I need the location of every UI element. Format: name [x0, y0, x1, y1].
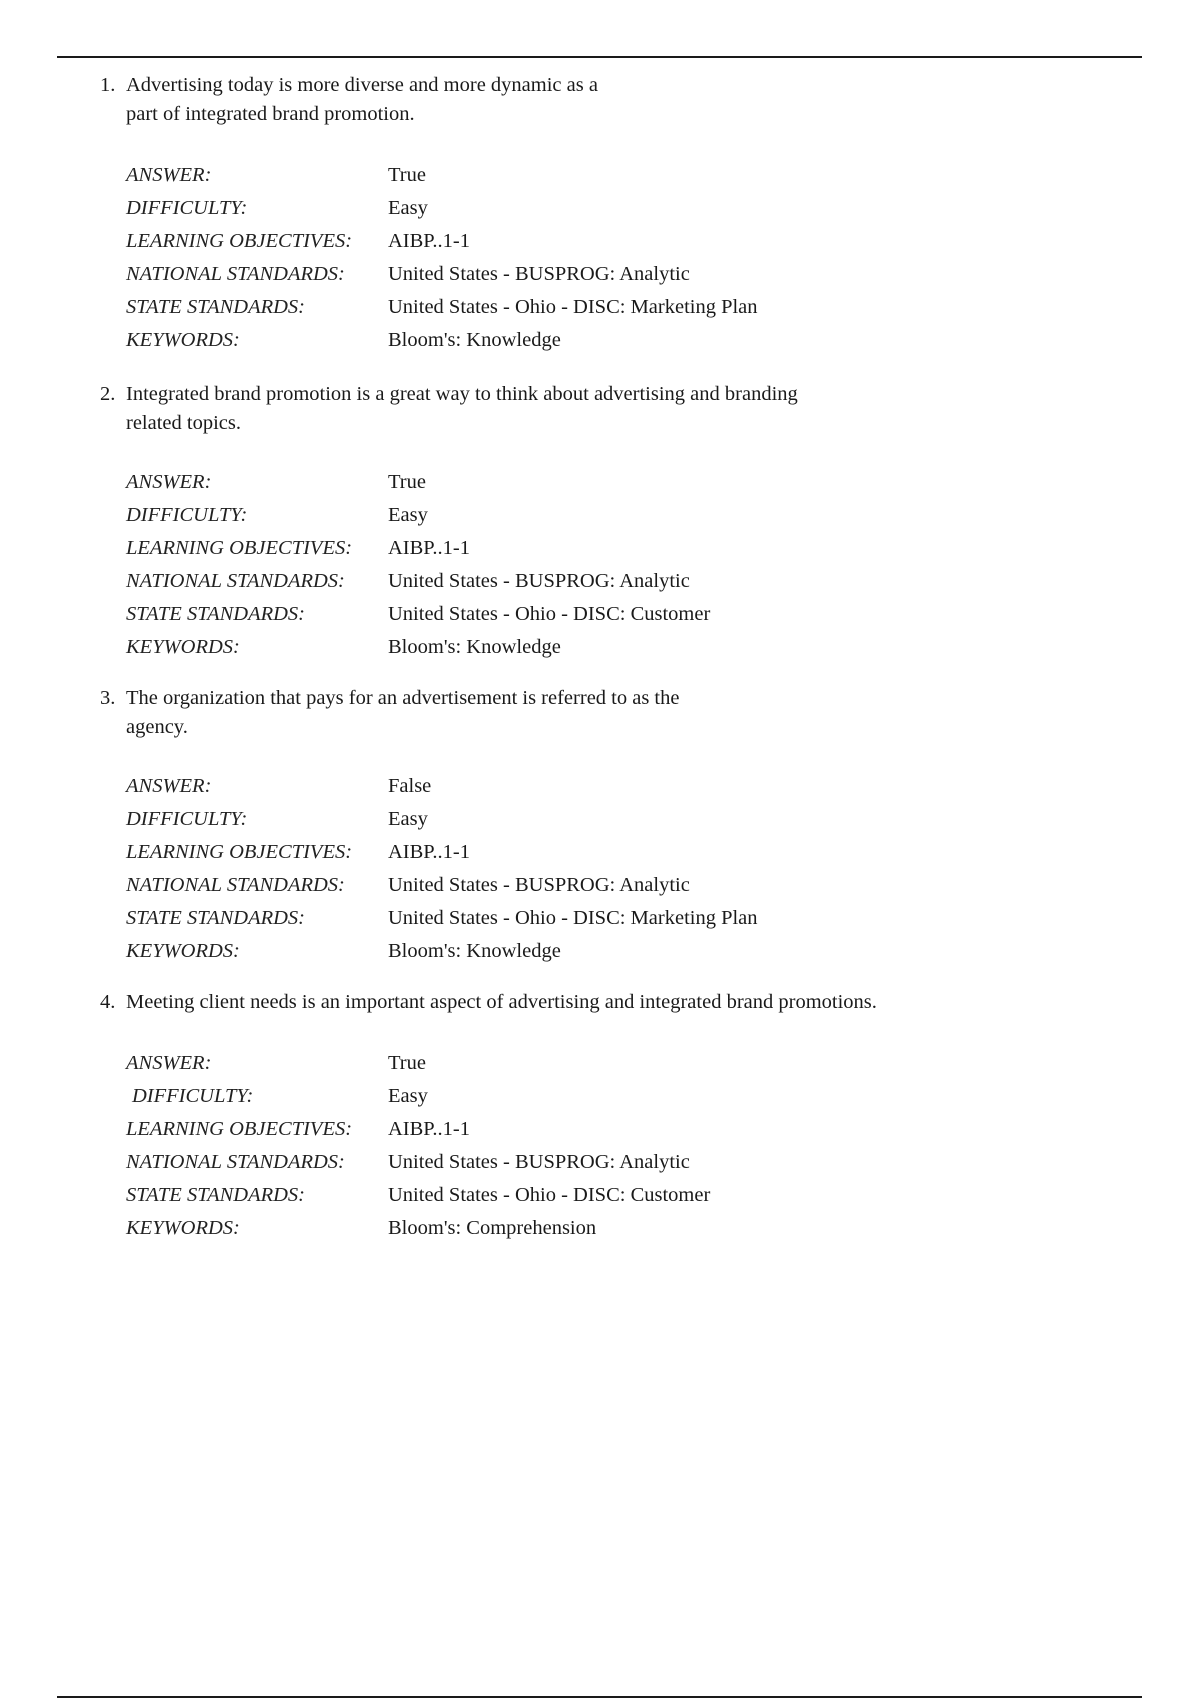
- meta-row-state-standards: STATE STANDARDS:United States - Ohio - D…: [126, 1179, 1100, 1212]
- meta-label: STATE STANDARDS:: [126, 1179, 388, 1212]
- meta-row-learning-objectives: LEARNING OBJECTIVES:AIBP..1-1: [126, 532, 1100, 565]
- meta-row-national-standards: NATIONAL STANDARDS:United States - BUSPR…: [126, 869, 1100, 902]
- meta-value: Bloom's: Knowledge: [388, 935, 1100, 968]
- meta-value: Bloom's: Knowledge: [388, 324, 1100, 357]
- question-text-line: related topics.: [126, 409, 1100, 438]
- meta-label: STATE STANDARDS:: [126, 598, 388, 631]
- meta-label: KEYWORDS:: [126, 935, 388, 968]
- meta-row-difficulty: DIFFICULTY:Easy: [126, 803, 1100, 836]
- meta-value: United States - BUSPROG: Analytic: [388, 565, 1100, 598]
- meta-label: NATIONAL STANDARDS:: [126, 1146, 388, 1179]
- meta-value: United States - BUSPROG: Analytic: [388, 869, 1100, 902]
- question-stem: 3. The organization that pays for an adv…: [100, 684, 1100, 742]
- footer-rule: [57, 1696, 1142, 1698]
- question-number: 1.: [100, 71, 126, 129]
- meta-label: ANSWER:: [126, 770, 388, 803]
- meta-value: United States - BUSPROG: Analytic: [388, 258, 1100, 291]
- question-metadata: ANSWER:True DIFFICULTY:Easy LEARNING OBJ…: [126, 1047, 1100, 1245]
- meta-label: NATIONAL STANDARDS:: [126, 258, 388, 291]
- meta-value: United States - Ohio - DISC: Customer: [388, 1179, 1100, 1212]
- question-number: 3.: [100, 684, 126, 742]
- meta-label: KEYWORDS:: [126, 631, 388, 664]
- question-stem: 1. Advertising today is more diverse and…: [100, 71, 1100, 129]
- meta-row-national-standards: NATIONAL STANDARDS:United States - BUSPR…: [126, 258, 1100, 291]
- meta-row-keywords: KEYWORDS:Bloom's: Knowledge: [126, 631, 1100, 664]
- question-metadata: ANSWER:False DIFFICULTY:Easy LEARNING OB…: [126, 770, 1100, 968]
- question-4: 4. Meeting client needs is an important …: [100, 988, 1100, 1245]
- question-number: 2.: [100, 380, 126, 438]
- question-metadata: ANSWER:True DIFFICULTY:Easy LEARNING OBJ…: [126, 466, 1100, 664]
- question-stem: 4. Meeting client needs is an important …: [100, 988, 1100, 1017]
- meta-row-state-standards: STATE STANDARDS:United States - Ohio - D…: [126, 291, 1100, 324]
- meta-label: ANSWER:: [126, 1047, 388, 1080]
- question-3: 3. The organization that pays for an adv…: [100, 684, 1100, 968]
- meta-label: STATE STANDARDS:: [126, 902, 388, 935]
- meta-row-state-standards: STATE STANDARDS:United States - Ohio - D…: [126, 902, 1100, 935]
- meta-label: LEARNING OBJECTIVES:: [126, 836, 388, 869]
- meta-row-difficulty: DIFFICULTY:Easy: [126, 499, 1100, 532]
- meta-value: Easy: [388, 1080, 1100, 1113]
- meta-value: United States - Ohio - DISC: Marketing P…: [388, 902, 1100, 935]
- question-2: 2. Integrated brand promotion is a great…: [100, 380, 1100, 664]
- meta-value: True: [388, 1047, 1100, 1080]
- meta-value: United States - Ohio - DISC: Customer: [388, 598, 1100, 631]
- meta-row-keywords: KEYWORDS:Bloom's: Knowledge: [126, 324, 1100, 357]
- header-rule: [57, 56, 1142, 58]
- question-text-line: agency.: [126, 713, 1100, 742]
- meta-label: DIFFICULTY:: [126, 192, 388, 225]
- meta-value: Easy: [388, 499, 1100, 532]
- meta-row-answer: ANSWER:True: [126, 159, 1100, 192]
- question-text-line: The organization that pays for an advert…: [126, 684, 1100, 713]
- meta-value: AIBP..1-1: [388, 1113, 1100, 1146]
- question-text-line: Meeting client needs is an important asp…: [126, 988, 1100, 1017]
- meta-label: DIFFICULTY:: [126, 499, 388, 532]
- meta-value: United States - BUSPROG: Analytic: [388, 1146, 1100, 1179]
- meta-label: STATE STANDARDS:: [126, 291, 388, 324]
- meta-value: True: [388, 466, 1100, 499]
- meta-value: AIBP..1-1: [388, 225, 1100, 258]
- meta-value: Easy: [388, 192, 1100, 225]
- meta-label: NATIONAL STANDARDS:: [126, 565, 388, 598]
- meta-row-national-standards: NATIONAL STANDARDS:United States - BUSPR…: [126, 1146, 1100, 1179]
- meta-value: Bloom's: Knowledge: [388, 631, 1100, 664]
- meta-value: False: [388, 770, 1100, 803]
- meta-label: DIFFICULTY:: [126, 803, 388, 836]
- meta-row-answer: ANSWER:True: [126, 1047, 1100, 1080]
- question-1: 1. Advertising today is more diverse and…: [100, 71, 1100, 357]
- question-text-line: Integrated brand promotion is a great wa…: [126, 380, 1100, 409]
- meta-row-keywords: KEYWORDS:Bloom's: Comprehension: [126, 1212, 1100, 1245]
- meta-row-state-standards: STATE STANDARDS:United States - Ohio - D…: [126, 598, 1100, 631]
- meta-row-learning-objectives: LEARNING OBJECTIVES:AIBP..1-1: [126, 1113, 1100, 1146]
- question-metadata: ANSWER:True DIFFICULTY:Easy LEARNING OBJ…: [126, 159, 1100, 357]
- meta-value: True: [388, 159, 1100, 192]
- meta-label: LEARNING OBJECTIVES:: [126, 1113, 388, 1146]
- question-number: 4.: [100, 988, 126, 1017]
- meta-value: United States - Ohio - DISC: Marketing P…: [388, 291, 1100, 324]
- meta-value: Easy: [388, 803, 1100, 836]
- question-text-line: Advertising today is more diverse and mo…: [126, 71, 1100, 100]
- question-text-line: part of integrated brand promotion.: [126, 100, 1100, 129]
- meta-row-national-standards: NATIONAL STANDARDS:United States - BUSPR…: [126, 565, 1100, 598]
- meta-value: AIBP..1-1: [388, 532, 1100, 565]
- meta-row-answer: ANSWER:True: [126, 466, 1100, 499]
- meta-row-learning-objectives: LEARNING OBJECTIVES:AIBP..1-1: [126, 836, 1100, 869]
- meta-label: DIFFICULTY:: [126, 1080, 388, 1113]
- meta-label: LEARNING OBJECTIVES:: [126, 532, 388, 565]
- meta-label: LEARNING OBJECTIVES:: [126, 225, 388, 258]
- meta-value: Bloom's: Comprehension: [388, 1212, 1100, 1245]
- question-stem: 2. Integrated brand promotion is a great…: [100, 380, 1100, 438]
- meta-row-answer: ANSWER:False: [126, 770, 1100, 803]
- meta-value: AIBP..1-1: [388, 836, 1100, 869]
- meta-label: ANSWER:: [126, 159, 388, 192]
- meta-row-keywords: KEYWORDS:Bloom's: Knowledge: [126, 935, 1100, 968]
- meta-label: KEYWORDS:: [126, 324, 388, 357]
- meta-row-difficulty: DIFFICULTY:Easy: [126, 192, 1100, 225]
- meta-label: KEYWORDS:: [126, 1212, 388, 1245]
- meta-row-difficulty: DIFFICULTY:Easy: [126, 1080, 1100, 1113]
- meta-label: ANSWER:: [126, 466, 388, 499]
- meta-row-learning-objectives: LEARNING OBJECTIVES:AIBP..1-1: [126, 225, 1100, 258]
- meta-label: NATIONAL STANDARDS:: [126, 869, 388, 902]
